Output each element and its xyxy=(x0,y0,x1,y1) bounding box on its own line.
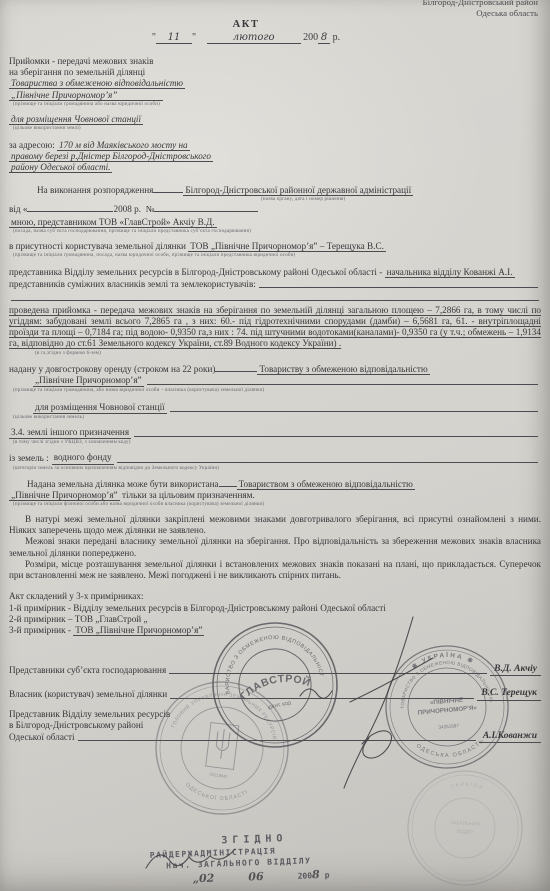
order-number-label: № xyxy=(146,204,155,214)
signature-row-owner: Власник (користувач) земельної ділянки В… xyxy=(9,688,541,700)
order-authority: Білгород-Дністровської районної державно… xyxy=(183,185,413,196)
date-year-suffix: р. xyxy=(333,32,341,43)
executor-line: мною, представником ТОВ «ГлавСтрой» Акчі… xyxy=(9,217,217,228)
blank-segment xyxy=(27,203,113,212)
caption-transfer: (в га,згідно з формою 6-зем) xyxy=(35,351,541,357)
signature-row-business: Представники суб’єкта господарювання В.Д… xyxy=(9,664,541,676)
document-title: АКТ xyxy=(0,19,492,30)
land-office-rep-name: начальника відділу Кованжі А.І. xyxy=(385,267,515,278)
approval-year-suffix: р xyxy=(325,871,330,880)
signature-label-owner: Власник (користувач) земельної ділянки xyxy=(9,689,167,700)
other-purpose-line: 3.4. землі іншого призначення xyxy=(9,427,131,439)
blank-line xyxy=(134,436,538,437)
date-line: "11" лютого 2008 р. xyxy=(0,32,492,44)
date-year-printed: 200 xyxy=(303,32,318,43)
signature-name-akchiu: В.Д. Акчіу xyxy=(490,664,541,676)
from-lands-value: водного фонду xyxy=(52,452,114,464)
signature-line xyxy=(78,740,476,741)
copy-1: 1-й примірник - Відділу земельних ресурс… xyxy=(9,603,541,614)
stamp-ring-text: УКРАЇНА xyxy=(450,780,484,792)
transfer-paragraph: проведена прийомка - передача межових зн… xyxy=(9,305,541,350)
signature-row-landoffice: Одеської області А.І.Кованжи xyxy=(9,731,541,743)
date-day-handwritten: 11 xyxy=(156,32,192,44)
use-tail: тільки за цільовим призначенням. xyxy=(122,490,255,500)
order-from: від « xyxy=(9,204,27,214)
blank-line xyxy=(147,384,538,385)
quote-close: " xyxy=(192,32,196,43)
order-year: 2008 р. xyxy=(113,204,141,214)
caption-owner: (прізвище та ініціали громадянина або на… xyxy=(13,102,541,108)
stamp-center-text-2: ВІДДІЛ xyxy=(457,829,473,836)
date-year-digit-handwritten: 8 xyxy=(318,32,330,44)
document-body: Прийомки - передачі межових знаків на зб… xyxy=(9,56,541,743)
company-name: „Північне Причорномор’я” xyxy=(9,90,163,101)
lease-company-name: „Північне Причорномор’я” xyxy=(33,375,144,387)
use-company-name: „Північне Причорномор’я” xyxy=(9,490,120,501)
company-form: Товариства з обмеженою відповідальністю xyxy=(9,78,185,89)
intro-line-2: на зберігання по земельній ділянці xyxy=(9,67,541,78)
document-region-header: Білгород-Дністровський район Одеська обл… xyxy=(423,0,538,18)
caption-executor: (посада, назва суб’єкта господарювання, … xyxy=(13,229,541,235)
approval-day-handwritten: 02 xyxy=(199,872,215,886)
copy-3-prefix: 3-й примірник - xyxy=(9,625,71,635)
scanned-act-document: Білгород-Дністровський район Одеська обл… xyxy=(0,0,550,891)
copies-title: Акт складений у 3-х примірниках: xyxy=(9,591,541,602)
region-district: Білгород-Дністровський район xyxy=(423,0,538,8)
address-line-3: району Одеської області. xyxy=(9,162,112,173)
blank-segment xyxy=(153,184,183,193)
approval-year-digit-handwritten: 8 xyxy=(312,868,320,881)
signature-name-tereshchuk: В.С. Терещук xyxy=(477,688,541,700)
lease-lead: надану у довгострокову оренду (строком н… xyxy=(9,364,215,374)
address-label: за адресою: xyxy=(9,140,55,150)
signature-line xyxy=(170,698,474,699)
caption-from-lands: (категорія земель за основним призначенн… xyxy=(13,466,541,472)
signature-label-business: Представники суб’єкта господарювання xyxy=(9,665,166,676)
from-lands-label: із земель : xyxy=(9,453,49,464)
blank-line xyxy=(117,462,538,463)
signature-line xyxy=(169,673,487,674)
presence-user: ТОВ „Північне Причорномор’я” – Терещука … xyxy=(188,241,386,252)
intro-line-1: Прийомки - передачі межових знаків xyxy=(9,56,541,67)
blank-line xyxy=(259,287,538,288)
blank-segment xyxy=(154,203,258,212)
approval-year-printed: 200 xyxy=(297,871,312,880)
statement-2: Межові знаки передані власнику земельної… xyxy=(9,536,541,558)
address-line-2: правому березі р.Дністер Білгород-Дністр… xyxy=(9,151,213,162)
lease-company-form: Товариству з обмеженою відповідальністю xyxy=(257,364,429,375)
caption-lease: (прізвище та ініціали громадянина, або н… xyxy=(13,388,541,394)
caption-presence: (прізвище та ініціали громадянина, посад… xyxy=(13,253,541,259)
caption-lease-purpose: (цільове використання земель) xyxy=(13,415,541,421)
order-lead: На виконання розпорядження xyxy=(37,185,153,195)
stamp-ring-circle xyxy=(433,796,496,859)
caption-other-purpose: (в тому числі згідно з УКЦВЗ, з зазначен… xyxy=(13,440,541,446)
blank-segment xyxy=(215,363,257,372)
lease-purpose: для розміщення Човнової станції xyxy=(33,402,167,414)
copy-2: 2-й примірник – ТОВ „ГлавСтрой „ xyxy=(9,614,541,625)
stamp-center-text-1: ЗАГАЛЬНИЙ xyxy=(450,818,480,828)
address-line-1: 170 м від Маяківського мосту на xyxy=(57,140,190,151)
region-oblast: Одеська область xyxy=(423,8,538,19)
use-company-form: Товариством з обмеженою відповідальністю xyxy=(237,479,415,490)
use-lead: Надана земельна ділянка може бути викори… xyxy=(27,479,219,489)
caption-use: (прізвище та ініціали фізичної особи або… xyxy=(13,502,541,508)
signature-label-landoffice-1: Представник Відділу земельних ресурсів xyxy=(9,709,541,720)
blank-segment xyxy=(219,478,237,487)
approval-stamp-block: ЗГІДНО РАЙДЕРЖАДМІНІСТРАЦІЯ Нач. ЗАГАЛЬН… xyxy=(149,828,431,887)
signature-label-landoffice-3: Одеської області xyxy=(9,732,75,743)
presence-lead: в присутності користувача земельної діля… xyxy=(9,241,186,251)
statement-1: В натурі межі земельної ділянки закріпле… xyxy=(9,514,541,536)
statement-3: Розміри, місце розташування земельної ді… xyxy=(9,559,541,581)
blank-line xyxy=(11,290,539,301)
date-month-handwritten: лютого xyxy=(207,32,301,44)
land-purpose: для розміщення Човнової станції xyxy=(9,114,143,125)
approval-month-handwritten: 06 xyxy=(248,870,264,884)
land-office-rep-lead: представника Відділу земельних ресурсів … xyxy=(9,267,382,277)
caption-purpose: (цільове використання землі) xyxy=(13,126,541,132)
neighbors-label: представників суміжних власників землі т… xyxy=(9,279,256,290)
signature-name-kovanzhy: А.І.Кованжи xyxy=(479,731,541,743)
blank-line xyxy=(170,411,538,412)
signature-label-landoffice-2: в Білгород-Дністровському районі xyxy=(9,720,541,731)
stamp-ring-text: ОДЕСЬКОЇ ОБЛАСТІ xyxy=(183,782,250,806)
stamp-number: 23218641 xyxy=(209,772,229,779)
copy-3-company: ТОВ „Північне Причорномор’я” xyxy=(73,625,204,636)
